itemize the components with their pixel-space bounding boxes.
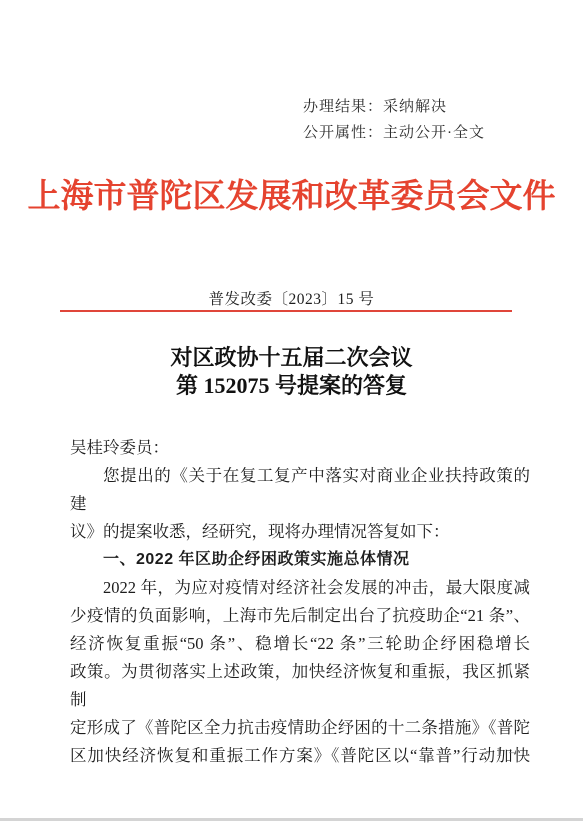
document-title-line2: 第 152075 号提案的答复 [0,372,583,400]
document-title-line1: 对区政协十五届二次会议 [0,344,583,372]
document-page: 办理结果：采纳解决 公开属性：主动公开·全文 上海市普陀区发展和改革委员会文件 … [0,0,583,822]
red-divider-line [60,310,512,312]
body-line: 经济恢复重振“50 条”、稳增长“22 条”三轮助企纾困稳增长 [70,630,530,658]
document-number: 普发改委〔2023〕15 号 [0,287,583,309]
document-title: 对区政协十五届二次会议 第 152075 号提案的答复 [0,344,583,400]
scan-edge-artifact [0,818,583,821]
handling-result-text: 办理结果：采纳解决 [303,94,485,120]
document-body: 吴桂玲委员： 您提出的《关于在复工复产中落实对商业企业扶持政策的建 议》的提案收… [70,434,530,770]
salutation: 吴桂玲委员： [70,434,530,462]
document-meta: 办理结果：采纳解决 公开属性：主动公开·全文 [303,94,485,146]
publicity-attribute-text: 公开属性：主动公开·全文 [303,120,485,146]
page-number: – 1 – [450,745,550,760]
body-line: 定形成了《普陀区全力抗击疫情助企纾困的十二条措施》《普陀 [70,714,530,742]
body-line: 少疫情的负面影响，上海市先后制定出台了抗疫助企“21 条”、 [70,602,530,630]
body-line: 您提出的《关于在复工复产中落实对商业企业扶持政策的建 [70,462,530,518]
body-line: 议》的提案收悉，经研究，现将办理情况答复如下： [70,518,530,546]
body-line: 政策。为贯彻落实上述政策，加快经济恢复和重振，我区抓紧制 [70,658,530,714]
body-line: 2022 年，为应对疫情对经济社会发展的冲击，最大限度减 [70,574,530,602]
section-heading: 一、2022 年区助企纾困政策实施总体情况 [70,546,530,574]
agency-letterhead-title: 上海市普陀区发展和改革委员会文件 [0,170,583,217]
